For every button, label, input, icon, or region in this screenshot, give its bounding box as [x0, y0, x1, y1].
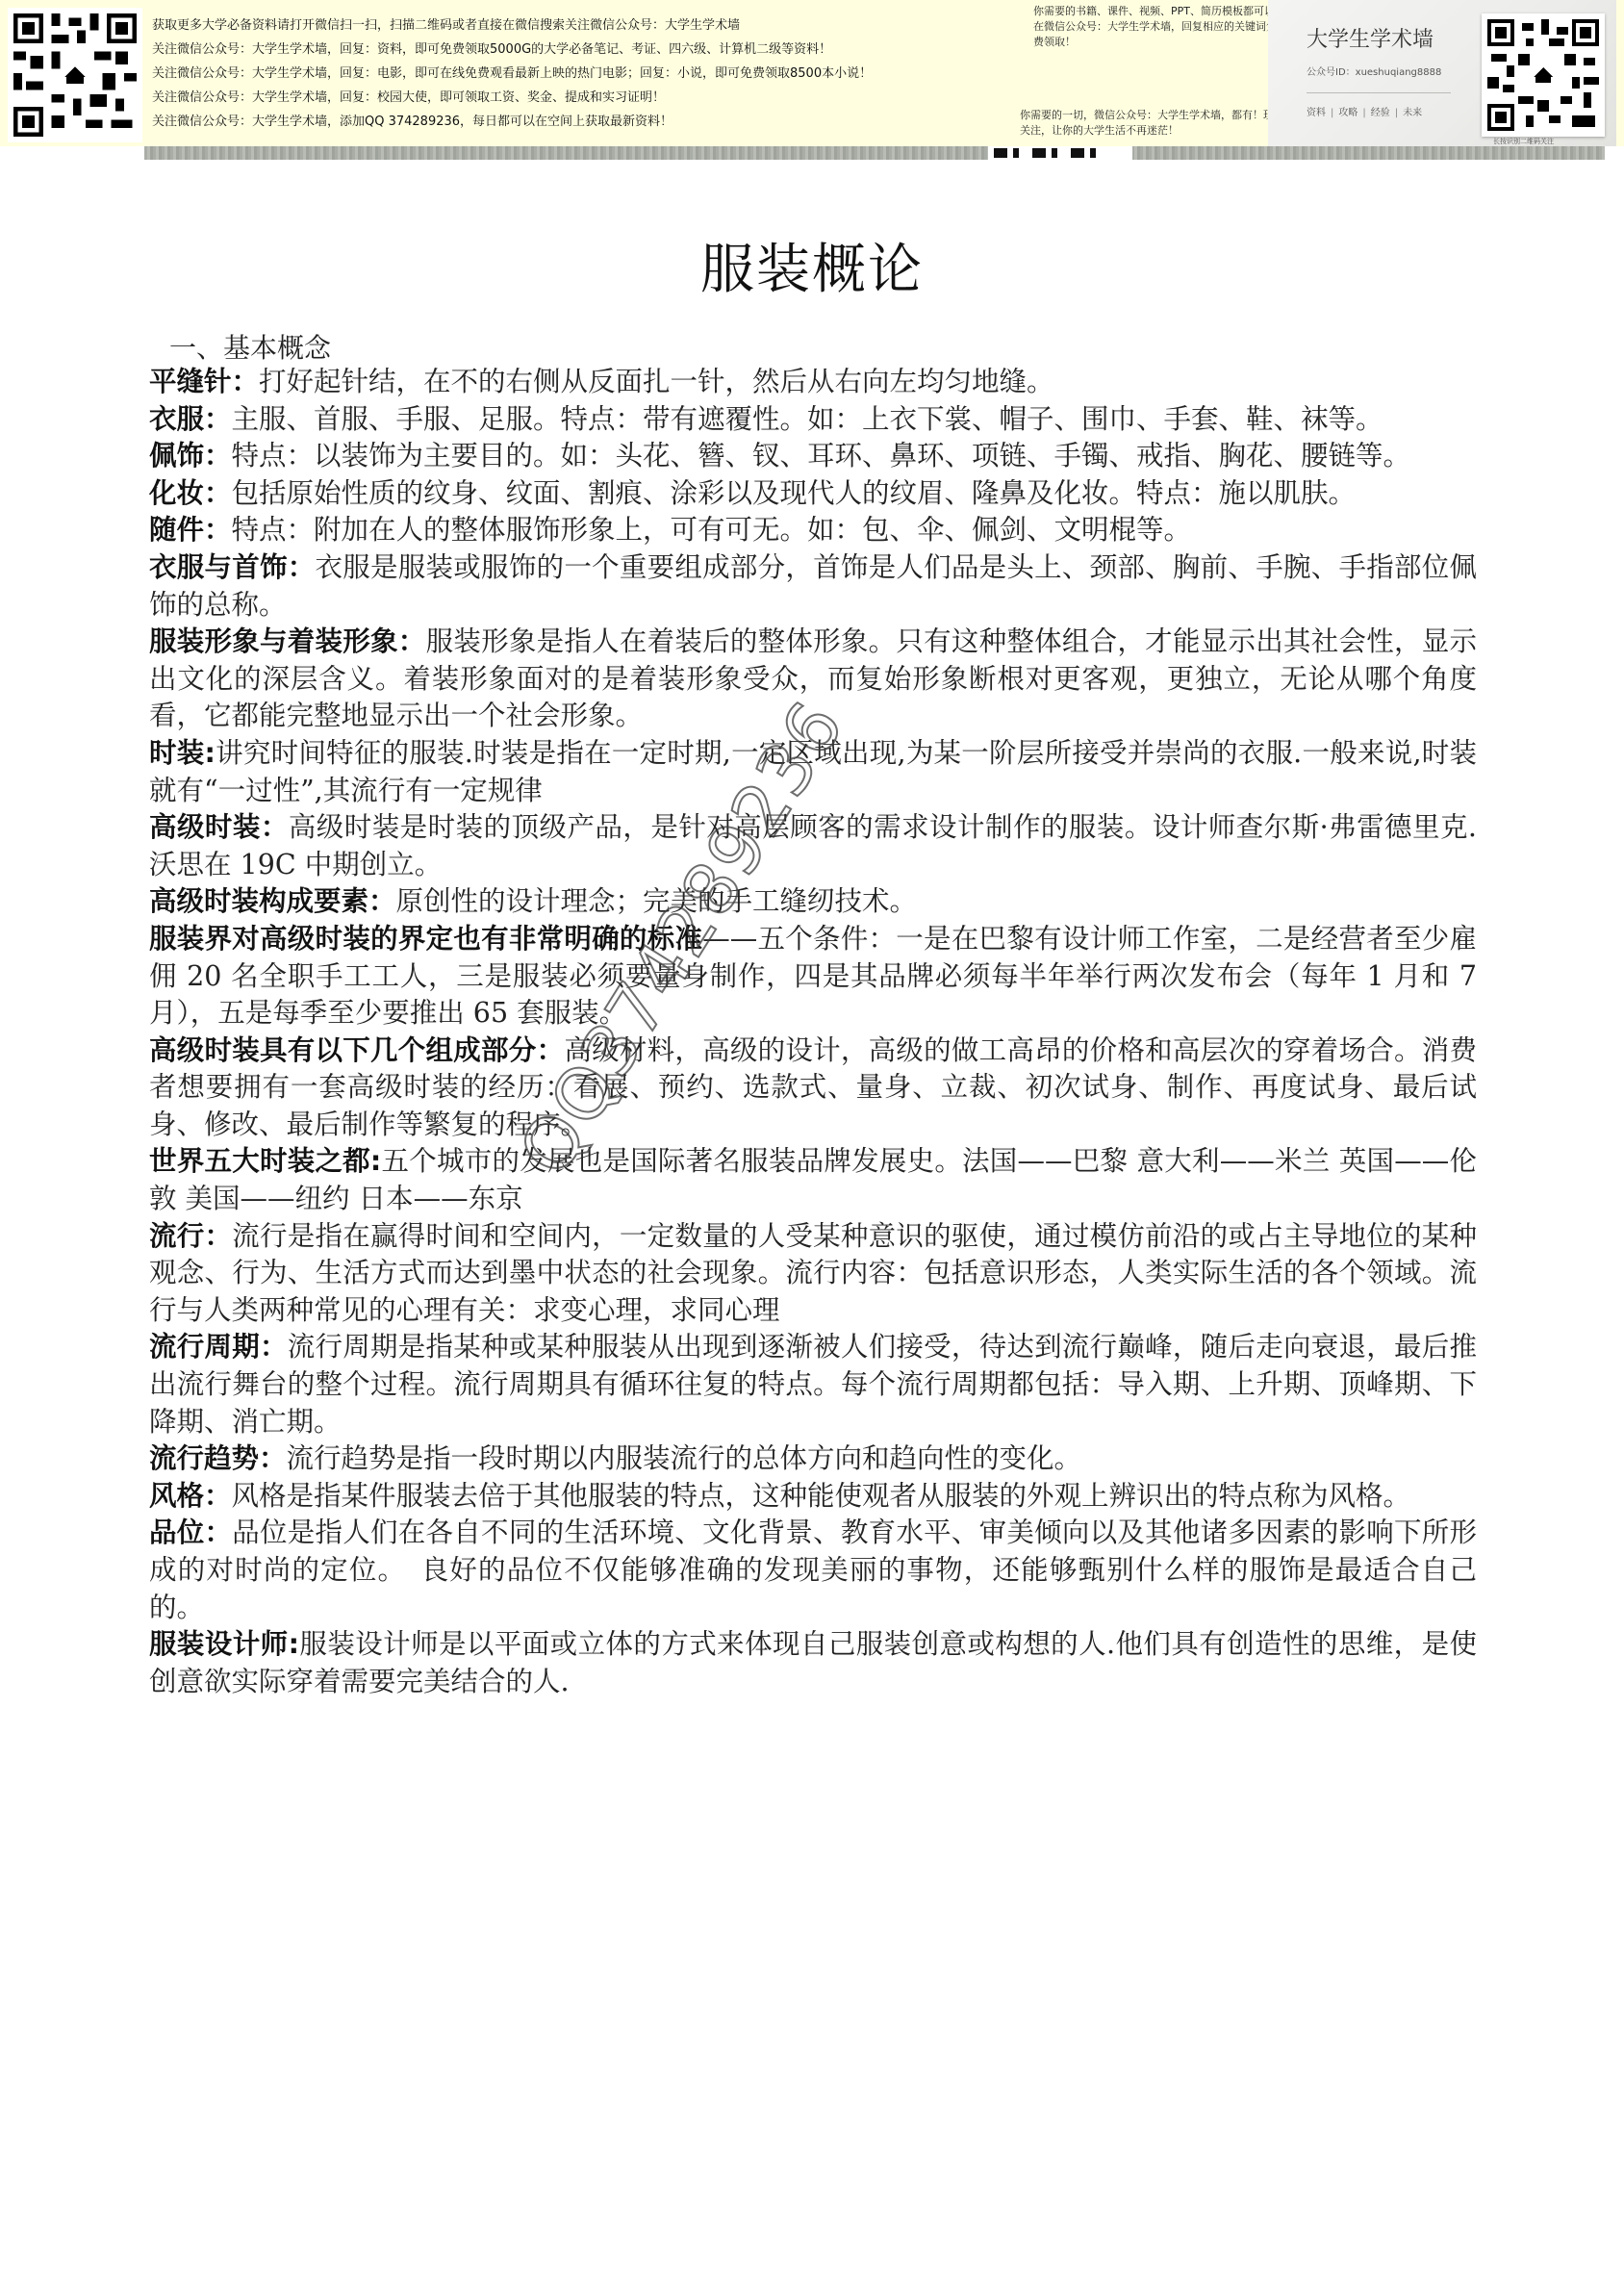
entry-text: 主服、首服、手服、足服。特点：带有遮覆性。如：上衣下裳、帽子、围巾、手套、鞋、袜… [232, 403, 1383, 435]
entry-term: 衣服： [149, 403, 232, 435]
entry-term: 化妆： [149, 477, 232, 509]
entry-text: 特点：以装饰为主要目的。如：头花、簪、钗、耳环、鼻环、项链、手镯、戒指、胸花、腰… [232, 440, 1411, 472]
entry-term: 流行周期： [149, 1331, 288, 1363]
promo-line: 关注微信公众号：大学生学术墙，回复：电影，即可在线免费观看最新上映的热门电影；回… [152, 62, 999, 86]
section-heading: 一、基本概念 [169, 327, 331, 366]
entry-text: 特点：附加在人的整体服饰形象上，可有可无。如：包、伞、佩剑、文明棍等。 [232, 514, 1192, 546]
definition-entry: 高级时装构成要素：原创性的设计理念；完美的手工缝纫技术。 [149, 883, 1477, 921]
entry-text: 高级时装是时装的顶级产品，是针对高层顾客的需求设计制作的服装。设计师查尔斯·弗雷… [149, 811, 1477, 880]
definition-entry: 高级时装具有以下几个组成部分：高级材料，高级的设计，高级的做工高昂的价格和高层次… [149, 1032, 1477, 1144]
promo-line: 关注微信公众号：大学生学术墙，添加QQ 374289236，每日都可以在空间上获… [152, 110, 999, 134]
promo-line: 关注微信公众号：大学生学术墙，回复：校园大使，即可领取工资、奖金、提成和实习证明… [152, 86, 999, 110]
qr-code-icon [1487, 19, 1599, 131]
entry-text: 品位是指人们在各自不同的生活环境、文化背景、教育水平、审美倾向以及其他诸多因素的… [149, 1517, 1477, 1622]
separator: | [1395, 108, 1398, 118]
promo-text-lines: 获取更多大学必备资料请打开微信扫一扫，扫描二维码或者直接在微信搜索关注微信公众号… [152, 13, 999, 134]
entry-term: 衣服与首饰： [149, 551, 316, 583]
entry-term: 高级时装： [149, 811, 289, 843]
qr-code-right [1482, 13, 1605, 137]
definition-entry: 衣服：主服、首服、手服、足服。特点：带有遮覆性。如：上衣下裳、帽子、围巾、手套、… [149, 401, 1477, 439]
definition-entry: 时装:讲究时间特征的服装.时装是指在一定时期,一定区域出现,为某一阶层所接受并崇… [149, 735, 1477, 809]
entry-term: 服装设计师: [149, 1628, 299, 1660]
definition-entry: 化妆：包括原始性质的纹身、纹面、割痕、涂彩以及现代人的纹眉、隆鼻及化妆。特点：施… [149, 475, 1477, 513]
definition-entry: 流行：流行是指在赢得时间和空间内，一定数量的人受某种意识的驱使，通过模仿前沿的或… [149, 1218, 1477, 1330]
entry-text: 流行趋势是指一段时期以内服装流行的总体方向和趋向性的变化。 [287, 1442, 1082, 1474]
tag-item: 经验 [1371, 108, 1390, 118]
entry-text: 包括原始性质的纹身、纹面、割痕、涂彩以及现代人的纹眉、隆鼻及化妆。特点：施以肌肤… [232, 477, 1357, 509]
entry-text: 风格是指某件服装去倍于其他服装的特点，这种能使观者从服装的外观上辨识出的特点称为… [232, 1480, 1411, 1512]
promo-side-bottom: 你需要的一切，微信公众号：大学生学术墙，都有！现在关注，让你的大学生活不再迷茫！ [1020, 108, 1289, 139]
entry-term: 随件： [149, 514, 232, 546]
definition-entry: 风格：风格是指某件服装去倍于其他服装的特点，这种能使观者从服装的外观上辨识出的特… [149, 1478, 1477, 1516]
definition-entry: 佩饰：特点：以装饰为主要目的。如：头花、簪、钗、耳环、鼻环、项链、手镯、戒指、胸… [149, 438, 1477, 475]
definition-entry: 流行趋势：流行趋势是指一段时期以内服装流行的总体方向和趋向性的变化。 [149, 1440, 1477, 1478]
promo-side-top: 你需要的书籍、课件、视频、PPT、简历模板都可以在微信公众号：大学生学术墙，回复… [1020, 4, 1280, 50]
entry-term: 流行趋势： [149, 1442, 287, 1474]
definition-entry: 流行周期：流行周期是指某种或某种服装从出现到逐渐被人们接受，待达到流行巅峰，随后… [149, 1329, 1477, 1440]
entry-term: 服装形象与着装形象： [149, 625, 426, 657]
definition-entry: 随件：特点：附加在人的整体服饰形象上，可有可无。如：包、伞、佩剑、文明棍等。 [149, 512, 1477, 549]
definition-entry: 服装界对高级时装的界定也有非常明确的标准——五个条件：一是在巴黎有设计师工作室，… [149, 921, 1477, 1032]
entry-term: 佩饰： [149, 440, 232, 472]
entry-term: 平缝针： [149, 366, 259, 397]
entry-term: 高级时装构成要素： [149, 885, 396, 917]
account-id: 公众号ID：xueshuqiang8888 [1307, 64, 1441, 78]
entry-term: 世界五大时装之都: [149, 1145, 381, 1177]
promo-line: 获取更多大学必备资料请打开微信扫一扫，扫描二维码或者直接在微信搜索关注微信公众号… [152, 13, 999, 38]
tag-item: 未来 [1403, 108, 1422, 118]
entry-term: 流行： [149, 1220, 232, 1252]
definition-entry: 世界五大时装之都:五个城市的发展也是国际著名服装品牌发展史。法国——巴黎 意大利… [149, 1143, 1477, 1217]
entry-text: 流行周期是指某种或某种服装从出现到逐渐被人们接受，待达到流行巅峰，随后走向衰退，… [149, 1331, 1477, 1437]
account-name: 大学生学术墙 [1307, 23, 1434, 53]
entry-term: 服装界对高级时装的界定也有非常明确的标准 [149, 923, 702, 955]
definition-entry: 品位：品位是指人们在各自不同的生活环境、文化背景、教育水平、审美倾向以及其他诸多… [149, 1515, 1477, 1626]
entry-term: 品位： [149, 1517, 232, 1548]
entry-term: 时装: [149, 737, 216, 769]
tag-item: 攻略 [1338, 108, 1358, 118]
document-body: 平缝针：打好起针结，在不的右侧从反面扎一针，然后从右向左均匀地缝。 衣服：主服、… [149, 364, 1477, 1700]
entry-term: 高级时装具有以下几个组成部分： [149, 1034, 564, 1066]
promo-side-text: 你需要的书籍、课件、视频、PPT、简历模板都可以在微信公众号：大学生学术墙，回复… [1020, 4, 1280, 50]
entry-text: 讲究时间特征的服装.时装是指在一定时期,一定区域出现,为某一阶层所接受并崇尚的衣… [149, 737, 1477, 806]
entry-text: 流行是指在赢得时间和空间内，一定数量的人受某种意识的驱使，通过模仿前沿的或占主导… [149, 1220, 1477, 1326]
banner-texture-strip [144, 146, 1605, 160]
banner-strip-gap [988, 146, 1132, 160]
entry-text: 服装设计师是以平面或立体的方式来体现自己服装创意或构想的人.他们具有创造性的思维… [149, 1628, 1477, 1697]
entry-text: 原创性的设计理念；完美的手工缝纫技术。 [396, 885, 918, 917]
separator: | [1362, 108, 1365, 118]
divider [1307, 92, 1451, 93]
qr-code-icon [13, 13, 137, 137]
promo-banner: 获取更多大学必备资料请打开微信扫一扫，扫描二维码或者直接在微信搜索关注微信公众号… [0, 0, 1624, 146]
account-tags: 资料|攻略|经验|未来 [1307, 104, 1422, 118]
document-title: 服装概论 [0, 227, 1624, 304]
qr-code-left [8, 8, 142, 142]
separator: | [1331, 108, 1333, 118]
entry-text: 衣服是服装或服饰的一个重要组成部分，首饰是人们品是头上、颈部、胸前、手腕、手指部… [149, 551, 1477, 621]
definition-entry: 服装形象与着装形象：服装形象是指人在着装后的整体形象。只有这种整体组合，才能显示… [149, 624, 1477, 735]
entry-term: 风格： [149, 1480, 232, 1512]
tag-item: 资料 [1307, 108, 1326, 118]
qr-caption: 长按识别二维码关注 [1493, 137, 1554, 146]
entry-text: 打好起针结，在不的右侧从反面扎一针，然后从右向左均匀地缝。 [259, 366, 1054, 397]
cropped-text-fragment [994, 148, 1109, 158]
definition-entry: 衣服与首饰：衣服是服装或服饰的一个重要组成部分，首饰是人们品是头上、颈部、胸前、… [149, 549, 1477, 624]
definition-entry: 平缝针：打好起针结，在不的右侧从反面扎一针，然后从右向左均匀地缝。 [149, 364, 1477, 401]
definition-entry: 服装设计师:服装设计师是以平面或立体的方式来体现自己服装创意或构想的人.他们具有… [149, 1626, 1477, 1700]
promo-line: 关注微信公众号：大学生学术墙，回复：资料，即可免费领取5000G的大学必备笔记、… [152, 38, 999, 62]
definition-entry: 高级时装：高级时装是时装的顶级产品，是针对高层顾客的需求设计制作的服装。设计师查… [149, 809, 1477, 883]
